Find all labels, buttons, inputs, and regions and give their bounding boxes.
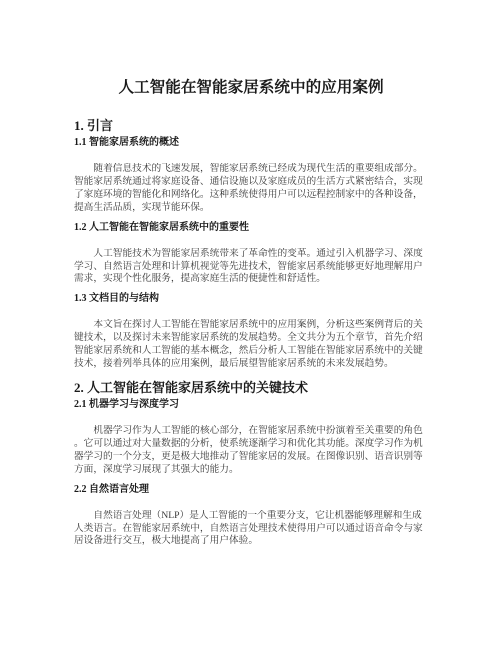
subsection-1-3-heading: 1.3 文档目的与结构	[74, 292, 428, 305]
section-2-heading: 2. 人工智能在智能家居系统中的关键技术	[74, 379, 428, 396]
subsection-1-1-heading: 1.1 智能家居系统的概述	[74, 136, 428, 149]
section-1-heading: 1. 引言	[74, 117, 428, 134]
subsection-2-1-heading: 2.1 机器学习与深度学习	[74, 398, 428, 411]
subsection-1-2-heading: 1.2 人工智能在智能家居系统中的重要性	[74, 221, 428, 234]
paragraph-document-purpose: 本文旨在探讨人工智能在智能家居系统中的应用案例，分析这些案例背后的关 键技术，以…	[74, 319, 428, 371]
paragraph-smart-home-overview: 随着信息技术的飞速发展，智能家居系统已经成为现代生活的重要组成部分。 智能家居系…	[74, 163, 428, 215]
document-title: 人工智能在智能家居系统中的应用案例	[74, 78, 428, 97]
paragraph-machine-learning: 机器学习作为人工智能的核心部分，在智能家居系统中扮演着至关重要的角色 。它可以通…	[74, 425, 428, 477]
paragraph-ai-importance: 人工智能技术为智能家居系统带来了革命性的变革。通过引入机器学习、深度 学习、自然…	[74, 248, 428, 287]
paragraph-nlp: 自然语言处理（NLP）是人工智能的一个重要分支，它让机器能够理解和生成 人类语言…	[74, 510, 428, 549]
document-page: 人工智能在智能家居系统中的应用案例 1. 引言 1.1 智能家居系统的概述 随着…	[0, 0, 500, 647]
document-content: 人工智能在智能家居系统中的应用案例 1. 引言 1.1 智能家居系统的概述 随着…	[74, 78, 428, 548]
subsection-2-2-heading: 2.2 自然语言处理	[74, 483, 428, 496]
